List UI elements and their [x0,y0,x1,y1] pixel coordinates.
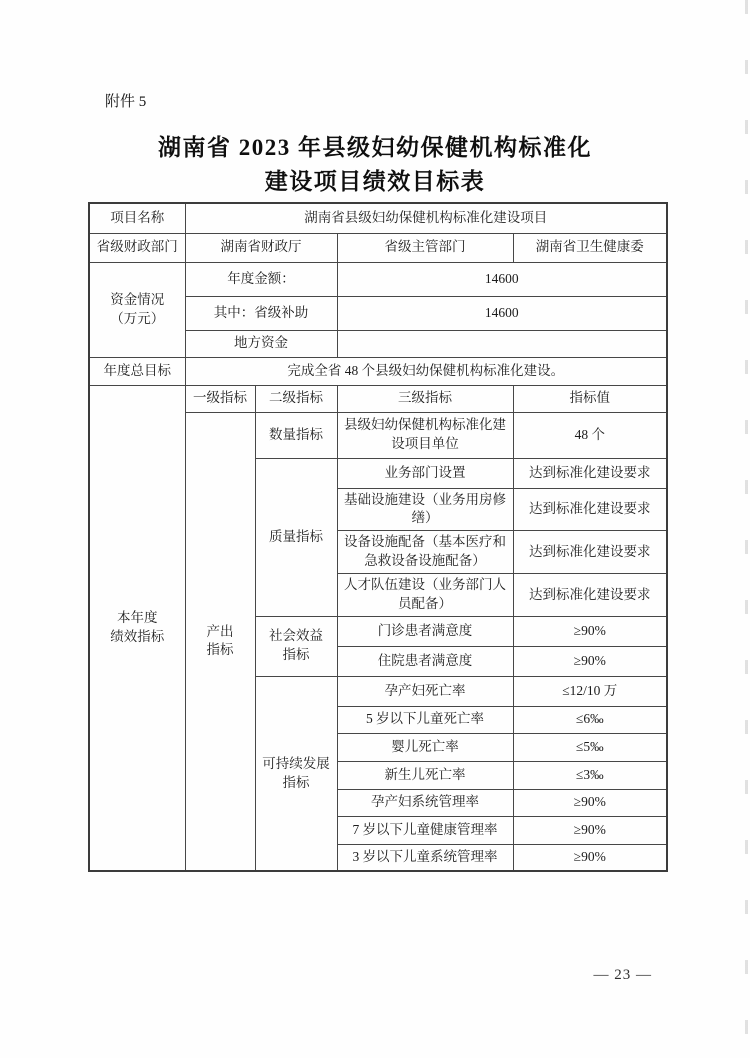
level3-name: 县级妇幼保健机构标准化建设项目单位 [337,412,513,458]
funding-annual-row: 资金情况 （万元） 年度金额： 14600 [89,262,667,296]
level3-name: 新生儿死亡率 [337,761,513,789]
indicator-value: ≤3‰ [513,761,667,789]
level2-quality-label: 质量指标 [255,458,337,616]
indicator-header-row: 本年度 绩效指标 一级指标 二级指标 三级指标 指标值 [89,385,667,412]
header-level1: 一级指标 [185,385,255,412]
level3-name: 基础设施建设（业务用房修缮） [337,488,513,531]
local-fund-value [337,330,667,357]
departments-row: 省级财政部门 湖南省财政厅 省级主管部门 湖南省卫生健康委 [89,233,667,262]
page-number: — 23 — [594,967,653,984]
funding-section-label: 资金情况 （万元） [89,262,185,357]
indicator-value: ≥90% [513,646,667,676]
provincial-subsidy-value: 14600 [337,296,667,330]
indicator-value: 达到标准化建设要求 [513,488,667,531]
level3-name: 孕产妇系统管理率 [337,789,513,816]
performance-target-table: 项目名称 湖南省县级妇幼保健机构标准化建设项目 省级财政部门 湖南省财政厅 省级… [88,202,668,872]
indicator-value: ≥90% [513,844,667,871]
annual-amount-value: 14600 [337,262,667,296]
indicator-value: 48 个 [513,412,667,458]
project-name-row: 项目名称 湖南省县级妇幼保健机构标准化建设项目 [89,203,667,233]
header-level3: 三级指标 [337,385,513,412]
annual-amount-label: 年度金额： [185,262,337,296]
local-fund-label: 地方资金 [185,330,337,357]
indicator-value: ≥90% [513,616,667,646]
document-title: 湖南省 2023 年县级妇幼保健机构标准化 建设项目绩效目标表 [0,131,750,199]
annual-goal-value: 完成全省 48 个县级妇幼保健机构标准化建设。 [185,357,667,385]
level2-social-label: 社会效益 指标 [255,616,337,676]
indicator-value: 达到标准化建设要求 [513,531,667,574]
indicator-value: 达到标准化建设要求 [513,574,667,617]
level3-name: 业务部门设置 [337,458,513,488]
attachment-label: 附件 5 [105,90,146,111]
level3-name: 3 岁以下儿童系统管理率 [337,844,513,871]
provincial-subsidy-label: 其中：省级补助 [185,296,337,330]
level1-output-label: 产出 指标 [185,412,255,871]
header-level2: 二级指标 [255,385,337,412]
header-value: 指标值 [513,385,667,412]
provincial-finance-value: 湖南省财政厅 [185,233,337,262]
indicator-value: ≥90% [513,789,667,816]
level3-name: 婴儿死亡率 [337,733,513,761]
level3-name: 孕产妇死亡率 [337,676,513,706]
level2-quantity-label: 数量指标 [255,412,337,458]
level3-name: 门诊患者满意度 [337,616,513,646]
provincial-supervisor-value: 湖南省卫生健康委 [513,233,667,262]
level3-name: 5 岁以下儿童死亡率 [337,706,513,733]
document-title-line2: 建设项目绩效目标表 [0,165,750,199]
level2-sustain-label: 可持续发展 指标 [255,676,337,871]
level3-name: 住院患者满意度 [337,646,513,676]
provincial-finance-label: 省级财政部门 [89,233,185,262]
provincial-supervisor-label: 省级主管部门 [337,233,513,262]
indicator-value: ≤12/10 万 [513,676,667,706]
annual-goal-row: 年度总目标 完成全省 48 个县级妇幼保健机构标准化建设。 [89,357,667,385]
annual-goal-label: 年度总目标 [89,357,185,385]
indicators-section-label: 本年度 绩效指标 [89,385,185,871]
indicator-value: ≥90% [513,816,667,844]
document-title-line1: 湖南省 2023 年县级妇幼保健机构标准化 [0,131,750,165]
document-page: 附件 5 湖南省 2023 年县级妇幼保健机构标准化 建设项目绩效目标表 项目名… [0,0,750,1058]
project-name-label: 项目名称 [89,203,185,233]
level3-name: 人才队伍建设（业务部门人员配备） [337,574,513,617]
indicator-value: ≤6‰ [513,706,667,733]
level3-name: 7 岁以下儿童健康管理率 [337,816,513,844]
project-name-value: 湖南省县级妇幼保健机构标准化建设项目 [185,203,667,233]
level3-name: 设备设施配备（基本医疗和急救设备设施配备） [337,531,513,574]
indicator-value: ≤5‰ [513,733,667,761]
indicator-value: 达到标准化建设要求 [513,458,667,488]
